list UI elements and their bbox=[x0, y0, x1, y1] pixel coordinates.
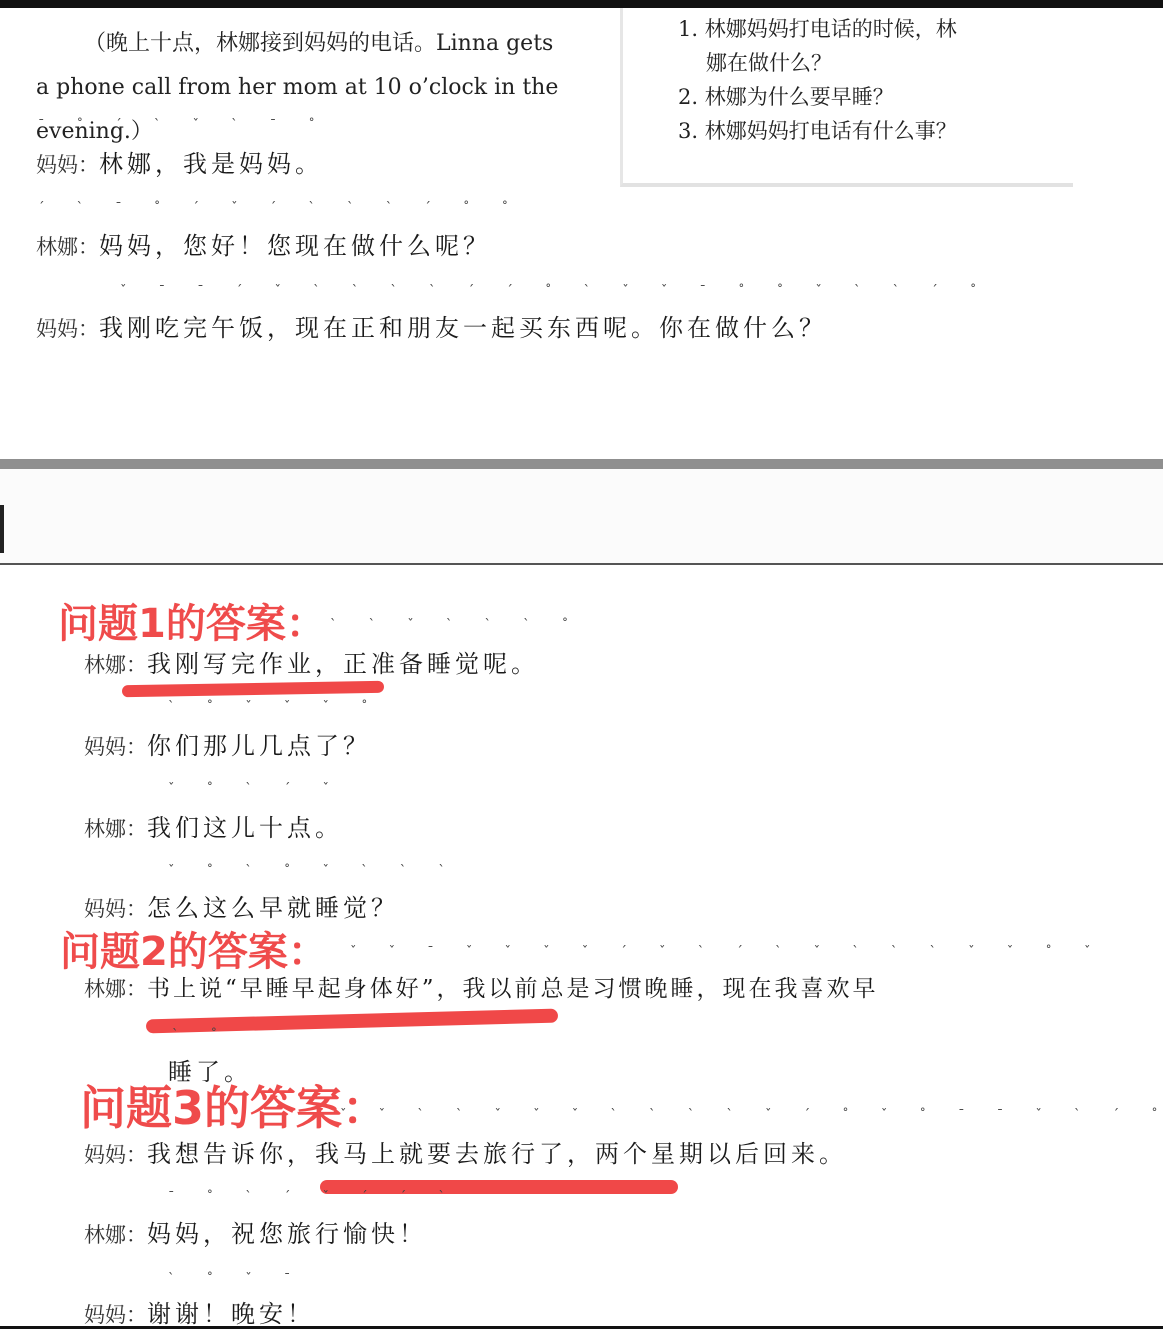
tone-marks: ˋ ˚ ˇ ˇ ˇ ˚ bbox=[168, 700, 382, 715]
page-gap bbox=[0, 469, 1163, 563]
speaker: 妈妈： bbox=[84, 1143, 147, 1167]
tone-marks: ˋ ˚ ˇ ˉ bbox=[168, 1272, 304, 1287]
speaker: 妈妈： bbox=[84, 735, 147, 759]
speaker: 林娜： bbox=[36, 235, 99, 259]
question-2: 2. 林娜为什么要早睡？ bbox=[678, 80, 957, 114]
intro-line-1: （晚上十点，林娜接到妈妈的电话。Linna gets bbox=[36, 22, 626, 66]
tone-marks: ˋ ˚ bbox=[172, 1028, 231, 1043]
tone-marks: ˇ ˚ ˋ ˚ ˇ ˋ ˋ ˋ bbox=[168, 864, 459, 879]
tone-marks: ˉ ˚ ˊ ˋ ˇ ˋ ˉ ˚ bbox=[38, 118, 329, 133]
dialogue-line: 林娜：妈妈，祝您旅行愉快！ bbox=[84, 1214, 427, 1249]
question-3: 3. 林娜妈妈打电话有什么事？ bbox=[678, 114, 957, 148]
dialogue-line: 妈妈：林娜，我是妈妈。 bbox=[36, 144, 323, 179]
answer-1-underline bbox=[122, 681, 384, 698]
speaker: 妈妈： bbox=[36, 317, 99, 341]
question-1: 1. 林娜妈妈打电话的时候，林 bbox=[678, 12, 957, 46]
scan-edge-mark bbox=[0, 505, 4, 553]
top-dark-bar bbox=[0, 0, 1163, 8]
dialogue-line: 妈妈：我刚吃完午饭，现在正和朋友一起买东西呢。你在做什么？ bbox=[36, 308, 827, 343]
dialogue-line: 妈妈：你们那儿几点了？ bbox=[84, 726, 371, 761]
tone-marks: ˉ ˚ ˋ ˊ ˇ ˊ ˊ ˋ bbox=[168, 1190, 459, 1205]
dialogue-line: 妈妈：谢谢！晚安！ bbox=[84, 1294, 315, 1329]
tone-marks: ˇ ˇ ˋ ˋ ˇ ˇ ˇ ˋ ˋ ˋ ˋ ˇ ˊ ˚ ˇ ˚ ˉ ˉ ˇ ˋ … bbox=[340, 1108, 1163, 1123]
question-1-cont: 娜在做什么？ bbox=[678, 46, 957, 80]
speaker: 妈妈： bbox=[36, 153, 99, 177]
tone-marks: ˋ ˋ ˇ ˋ ˋ ˋ ˚ bbox=[330, 618, 582, 633]
answer-3-label: 问题3的答案： bbox=[80, 1072, 388, 1138]
intro-line-2: a phone call from her mom at 10 o’clock … bbox=[36, 75, 558, 144]
dialogue-line: 林娜：书上说“早睡早起身体好”，我以前总是习惯晚睡，现在我喜欢早 bbox=[84, 970, 879, 1003]
speaker: 妈妈： bbox=[84, 897, 147, 921]
speaker: 林娜： bbox=[84, 653, 147, 677]
tone-marks: ˇ ˉ ˉ ˊ ˇ ˋ ˋ ˋ ˋ ˊ ˊ ˚ ˋ ˇ ˇ ˉ ˚ ˚ ˇ ˋ … bbox=[120, 284, 990, 299]
dialogue-line: 林娜：我们这儿十点。 bbox=[84, 808, 343, 843]
question-list: 1. 林娜妈妈打电话的时候，林 娜在做什么？ 2. 林娜为什么要早睡？ 3. 林… bbox=[678, 12, 957, 148]
textbook-page-top: （晚上十点，林娜接到妈妈的电话。Linna gets a phone call … bbox=[0, 8, 1163, 463]
scene-intro: （晚上十点，林娜接到妈妈的电话。Linna gets a phone call … bbox=[36, 22, 626, 154]
dialogue-line: 林娜：妈妈，您好！您现在做什么呢？ bbox=[36, 226, 491, 261]
speaker: 林娜： bbox=[84, 817, 147, 841]
tone-marks: ˊ ˋ ˉ ˚ ˊ ˇ ˊ ˋ ˋ ˋ ˊ ˚ ˚ bbox=[38, 201, 522, 216]
answer-1-label: 问题1的答案： bbox=[58, 592, 326, 649]
dialogue-line: 林娜：我刚写完作业，正准备睡觉呢。 bbox=[84, 644, 539, 679]
answer-2-label: 问题2的答案： bbox=[60, 920, 328, 977]
speaker: 林娜： bbox=[84, 1223, 147, 1247]
dialogue-line: 妈妈：我想告诉你，我马上就要去旅行了，两个星期以后回来。 bbox=[84, 1134, 847, 1169]
speaker: 妈妈： bbox=[84, 1303, 147, 1327]
dialogue-line: 妈妈：怎么这么早就睡觉？ bbox=[84, 888, 399, 923]
page-divider bbox=[0, 459, 1163, 469]
tone-marks: ˇ ˇ ˉ ˇ ˇ ˇ ˇ ˊ ˇ ˋ ˊ ˋ ˇ ˋ ˋ ˋ ˇ ˇ ˚ ˇ bbox=[350, 945, 1105, 960]
tone-marks: ˇ ˚ ˋ ˊ ˇ bbox=[168, 782, 343, 797]
speaker: 林娜： bbox=[84, 977, 147, 1001]
page-divider-line bbox=[0, 563, 1163, 565]
